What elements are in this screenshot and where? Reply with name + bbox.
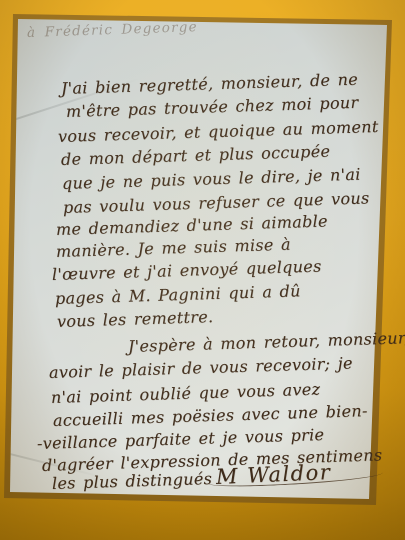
signature: M Waldor [215,460,331,489]
letter-photograph: à Frédéric Degeorge J'ai bien regretté, … [0,0,405,540]
